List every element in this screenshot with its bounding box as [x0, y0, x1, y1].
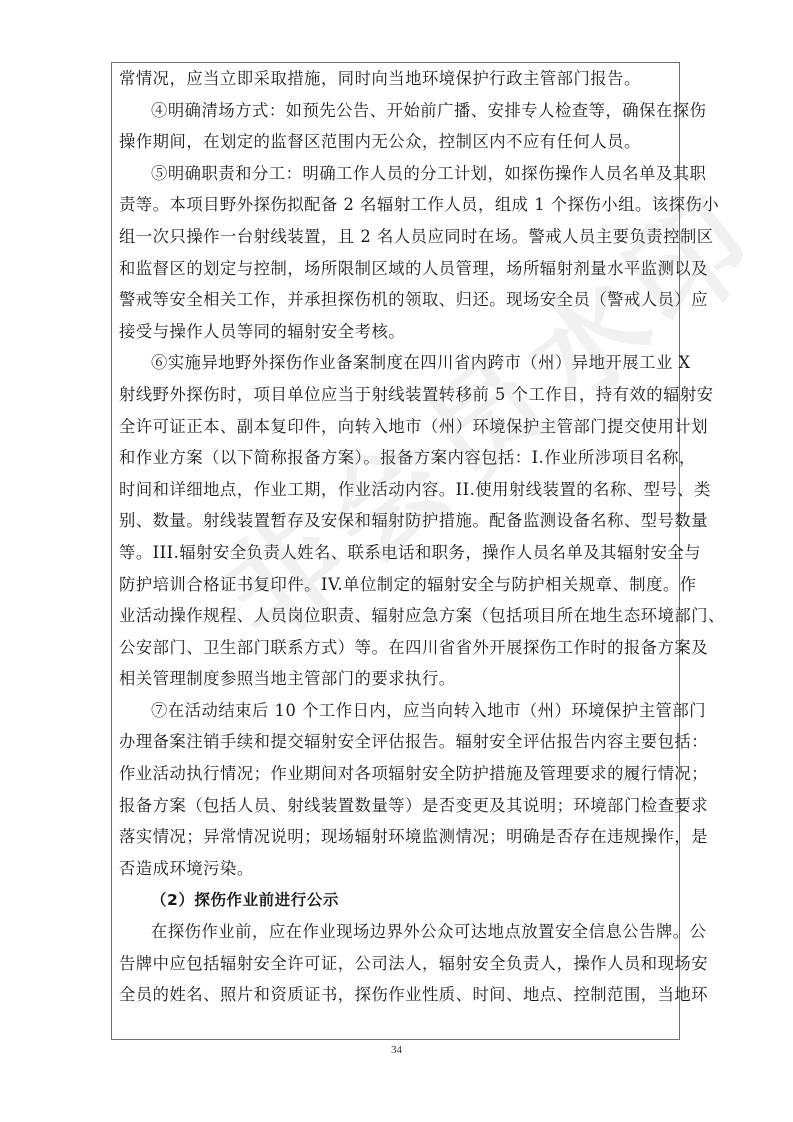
text-line-content: 组一次只操作一台射线装置，且 2 名人员应同时在场。警戒人员主要负责控制区 — [119, 227, 714, 246]
text-line: 操作期间，在划定的监督区范围内无公众，控制区内不应有任何人员。 — [119, 126, 672, 158]
text-line-content: 防护培训合格证书复印件。IV.单位制定的辐射安全与防护相关规章、制度。作 — [119, 575, 697, 594]
text-line: 作业活动执行情况；作业期间对各项辐射安全防护措施及管理要求的履行情况； — [119, 758, 672, 790]
text-line-content: ④明确清场方式：如预先公告、开始前广播、安排专人检查等，确保在探伤 — [151, 101, 706, 120]
text-line: 警戒等安全相关工作，并承担探伤机的领取、归还。现场安全员（警戒人员）应 — [119, 284, 672, 316]
text-line-content: 操作期间，在划定的监督区范围内无公众，控制区内不应有任何人员。 — [119, 132, 641, 151]
text-line-content: 警戒等安全相关工作，并承担探伤机的领取、归还。现场安全员（警戒人员）应 — [119, 290, 708, 309]
text-line-content: 办理备案注销手续和提交辐射安全评估报告。辐射安全评估报告内容主要包括： — [119, 732, 708, 751]
text-line: 相关管理制度参照当地主管部门的要求执行。 — [119, 663, 672, 695]
text-line-content: 报备方案（包括人员、射线装置数量等）是否变更及其说明；环境部门检查要求 — [119, 796, 708, 815]
text-line-content: ⑦在活动结束后 10 个工作日内，应当向转入地市（州）环境保护主管部门 — [151, 701, 706, 720]
text-line-content: 否造成环境污染。 — [119, 859, 254, 878]
text-line-content: ⑤明确职责和分工：明确工作人员的分工计划，如探伤操作人员名单及其职 — [151, 164, 706, 183]
section-heading: （2）探伤作业前进行公示 — [119, 884, 672, 916]
text-line: 责等。本项目野外探伤拟配备 2 名辐射工作人员，组成 1 个探伤小组。该探伤小 — [119, 189, 672, 221]
text-line: 时间和详细地点，作业工期，作业活动内容。II.使用射线装置的名称、型号、类 — [119, 474, 672, 506]
text-line-content: 相关管理制度参照当地主管部门的要求执行。 — [119, 669, 456, 688]
text-line-content: 常情况，应当立即采取措施，同时向当地环境保护行政主管部门报告。 — [119, 69, 641, 88]
text-line: 防护培训合格证书复印件。IV.单位制定的辐射安全与防护相关规章、制度。作 — [119, 569, 672, 601]
text-line: 公安部门、卫生部门联系方式）等。在四川省省外开展探伤工作时的报备方案及 — [119, 632, 672, 664]
text-line-content: 和监督区的划定与控制，场所限制区域的人员管理，场所辐射剂量水平监测以及 — [119, 259, 708, 278]
text-line: 告牌中应包括辐射安全许可证，公司法人，辐射安全负责人，操作人员和现场安 — [119, 948, 672, 980]
text-line: 和监督区的划定与控制，场所限制区域的人员管理，场所辐射剂量水平监测以及 — [119, 253, 672, 285]
text-line: 和作业方案（以下简称报备方案）。报备方案内容包括：I.作业所涉项目名称， — [119, 442, 672, 474]
text-line-content: 落实情况；异常情况说明；现场辐射环境监测情况；明确是否存在违规操作，是 — [119, 827, 708, 846]
text-line: ⑦在活动结束后 10 个工作日内，应当向转入地市（州）环境保护主管部门 — [119, 695, 672, 727]
text-line: 在探伤作业前，应在作业现场边界外公众可达地点放置安全信息公告牌。公 — [119, 916, 672, 948]
text-line: 射线野外探伤时，项目单位应当于射线装置转移前 5 个工作日，持有效的辐射安 — [119, 379, 672, 411]
text-line-content: 等。III.辐射安全负责人姓名、联系电话和职务，操作人员名单及其辐射安全与 — [119, 543, 701, 562]
text-line: ⑤明确职责和分工：明确工作人员的分工计划，如探伤操作人员名单及其职 — [119, 158, 672, 190]
text-line-content: 告牌中应包括辐射安全许可证，公司法人，辐射安全负责人，操作人员和现场安 — [119, 954, 708, 973]
text-line-content: 射线野外探伤时，项目单位应当于射线装置转移前 5 个工作日，持有效的辐射安 — [119, 385, 714, 404]
text-line-content: 全员的姓名、照片和资质证书，探伤作业性质、时间、地点、控制范围，当地环 — [119, 985, 708, 1004]
text-line-content: 业活动操作规程、人员岗位职责、辐射应急方案（包括项目所在地生态环境部门、 — [119, 606, 725, 625]
text-line-content: 时间和详细地点，作业工期，作业活动内容。II.使用射线装置的名称、型号、类 — [119, 480, 711, 499]
text-line-content: 接受与操作人员等同的辐射安全考核。 — [119, 322, 405, 341]
text-line: 报备方案（包括人员、射线装置数量等）是否变更及其说明；环境部门检查要求 — [119, 790, 672, 822]
text-line-content: 责等。本项目野外探伤拟配备 2 名辐射工作人员，组成 1 个探伤小组。该探伤小 — [119, 195, 719, 214]
text-line: 落实情况；异常情况说明；现场辐射环境监测情况；明确是否存在违规操作，是 — [119, 821, 672, 853]
text-line-content: 作业活动执行情况；作业期间对各项辐射安全防护措施及管理要求的履行情况； — [119, 764, 708, 783]
text-line: ⑥实施异地野外探伤作业备案制度在四川省内跨市（州）异地开展工业 X — [119, 347, 672, 379]
text-line: 业活动操作规程、人员岗位职责、辐射应急方案（包括项目所在地生态环境部门、 — [119, 600, 672, 632]
text-line-content: 别、数量。射线装置暂存及安保和辐射防护措施。配备监测设备名称、型号数量 — [119, 511, 708, 530]
text-line-content: 在探伤作业前，应在作业现场边界外公众可达地点放置安全信息公告牌。公 — [151, 922, 706, 941]
text-line: 全员的姓名、照片和资质证书，探伤作业性质、时间、地点、控制范围，当地环 — [119, 979, 672, 1011]
body-text: 常情况，应当立即采取措施，同时向当地环境保护行政主管部门报告。④明确清场方式：如… — [119, 63, 672, 1011]
text-line: 常情况，应当立即采取措施，同时向当地环境保护行政主管部门报告。 — [119, 63, 672, 95]
page-number: 34 — [0, 1044, 793, 1056]
text-line: 组一次只操作一台射线装置，且 2 名人员应同时在场。警戒人员主要负责控制区 — [119, 221, 672, 253]
text-line: 接受与操作人员等同的辐射安全考核。 — [119, 316, 672, 348]
text-line-content: 公安部门、卫生部门联系方式）等。在四川省省外开展探伤工作时的报备方案及 — [119, 638, 708, 657]
text-line-content: 全许可证正本、副本复印件，向转入地市（州）环境保护主管部门提交使用计划 — [119, 417, 708, 436]
page-frame: 常情况，应当立即采取措施，同时向当地环境保护行政主管部门报告。④明确清场方式：如… — [111, 62, 680, 1040]
text-line: ④明确清场方式：如预先公告、开始前广播、安排专人检查等，确保在探伤 — [119, 95, 672, 127]
section-heading-text: （2）探伤作业前进行公示 — [151, 891, 339, 909]
text-line-content: 和作业方案（以下简称报备方案）。报备方案内容包括：I.作业所涉项目名称， — [119, 448, 696, 467]
text-line: 全许可证正本、副本复印件，向转入地市（州）环境保护主管部门提交使用计划 — [119, 411, 672, 443]
text-line: 办理备案注销手续和提交辐射安全评估报告。辐射安全评估报告内容主要包括： — [119, 726, 672, 758]
text-line: 等。III.辐射安全负责人姓名、联系电话和职务，操作人员名单及其辐射安全与 — [119, 537, 672, 569]
text-line: 否造成环境污染。 — [119, 853, 672, 885]
text-line-content: ⑥实施异地野外探伤作业备案制度在四川省内跨市（州）异地开展工业 X — [151, 353, 691, 372]
text-line: 别、数量。射线装置暂存及安保和辐射防护措施。配备监测设备名称、型号数量 — [119, 505, 672, 537]
